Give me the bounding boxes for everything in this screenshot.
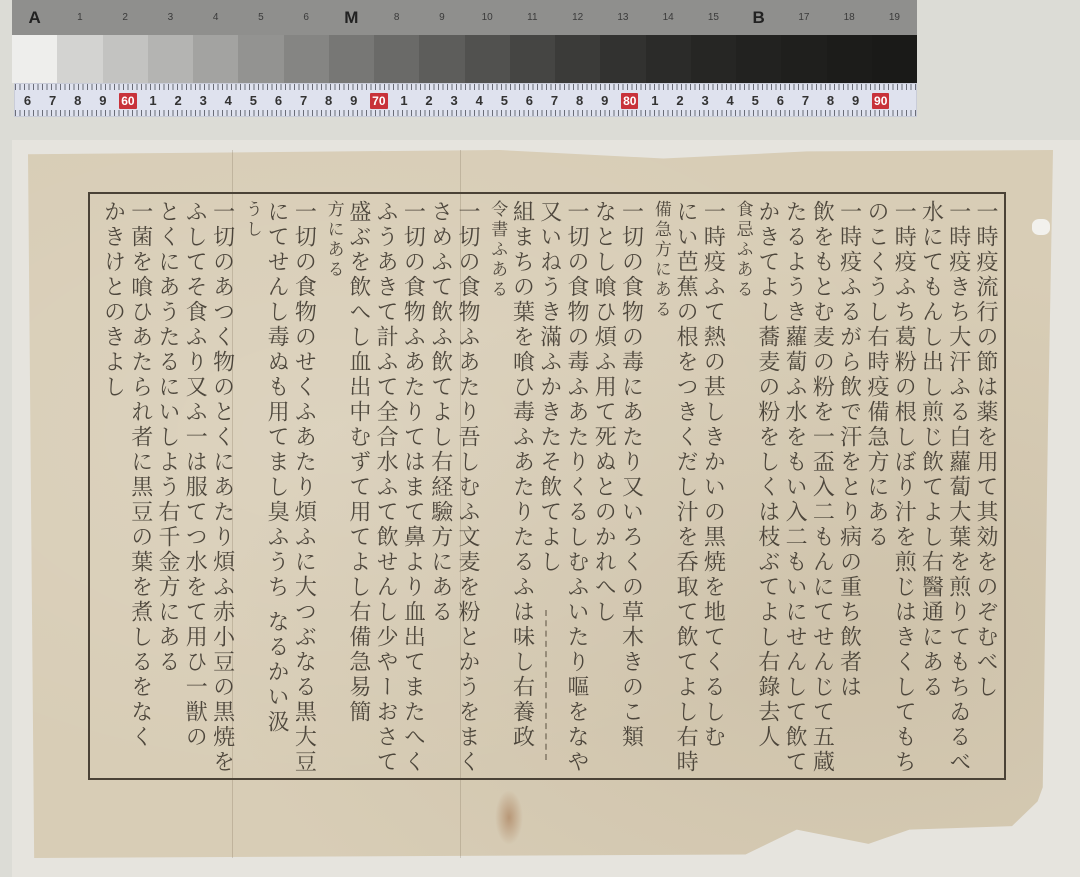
text-column: 飲をもとむ麦の粉を一盃入二もんにてせんじて五蔵 [809, 200, 836, 772]
gray-patch [103, 35, 148, 83]
ruler-mark: 1 [391, 93, 416, 108]
ruler-mark: 2 [166, 93, 191, 108]
gray-patch [827, 35, 872, 83]
ruler-mark: 9 [341, 93, 366, 108]
ruler-decade-mark: 60 [115, 93, 140, 108]
patch-label: 6 [284, 0, 329, 35]
ruler-mark: 2 [667, 93, 692, 108]
patch-label: 12 [555, 0, 600, 35]
text-column: 一時疫ふて熱の甚しきかいの黒焼を地てくるしむ [700, 200, 727, 772]
text-column: 食忌ふある [727, 200, 754, 772]
gray-patch [57, 35, 102, 83]
text-column: 盛ぶを飲へし血出中むずて用てよし右備急易簡 [346, 200, 373, 772]
patch-label: 9 [419, 0, 464, 35]
text-column: 一時疫ふるがら飲で汗をとり病の重ち飲者は [836, 200, 863, 772]
ruler-mark: 7 [40, 93, 65, 108]
patch-label: 11 [510, 0, 555, 35]
text-column: かきけとのきよし [100, 200, 127, 772]
text-column: 一切の食物ふあたり吾しむふ文麦を粉とかうをまくいりて [455, 200, 482, 772]
patch-label: 13 [600, 0, 645, 35]
patch-label: 2 [103, 0, 148, 35]
text-column: 方にある [318, 200, 345, 772]
gray-patch [781, 35, 826, 83]
text-column: のこくうし右時疫備急方にある [864, 200, 891, 772]
patch-label: 10 [465, 0, 510, 35]
patch-label: 18 [827, 0, 872, 35]
text-column: うし [237, 200, 264, 772]
ruler-mark: 5 [241, 93, 266, 108]
ruler-mark: 1 [642, 93, 667, 108]
gray-patch [148, 35, 193, 83]
patch-label: 1 [57, 0, 102, 35]
gray-patch [12, 35, 57, 83]
ruler-mark: 3 [442, 93, 467, 108]
gray-patch [555, 35, 600, 83]
ruler-mark: 4 [467, 93, 492, 108]
ruler-mark: 4 [718, 93, 743, 108]
text-column: 一時疫ふち葛粉の根しぼり汁を煎じはきくしてもちゐ動く [891, 200, 918, 772]
ruler-mark: 8 [316, 93, 341, 108]
text-column: 水にてもんし出し煎じ飲てよし右醫通にある [918, 200, 945, 772]
ruler-mark: 5 [492, 93, 517, 108]
text-column: かきてよし蕎麦の粉をしくは枝ぶてよし右錄去人 [755, 200, 782, 772]
text-column: 令書ふある [482, 200, 509, 772]
text-column: さめふて飲ふ飲てよし右経驗方にある [427, 200, 454, 772]
color-calibration-target: A123456M89101112131415B171819 6789601234… [12, 0, 917, 118]
text-column: 備急方にある [646, 200, 673, 772]
gray-patch [329, 35, 374, 83]
text-column: ふうあきて計ふて全合水ふて飲せんし少やーおさて [373, 200, 400, 772]
gray-patch [374, 35, 419, 83]
text-column: 一切の食物の毒ふあたりくるしむふいたり嘔をなやん [564, 200, 591, 772]
text-column: なとし喰ひ煩ふ用て死ぬとのかれへし [591, 200, 618, 772]
ruler-mark: 6 [15, 93, 40, 108]
ruler-mark: 7 [542, 93, 567, 108]
text-column: 又いねうき滿ふかきたそ飲てよし [536, 200, 563, 772]
ruler-mark: 8 [567, 93, 592, 108]
text-column: ふしてそ食ふり又ふ一は服てつ水をて用ひ一獣の [182, 200, 209, 772]
measuring-ruler: 678960123456789701234567898012345678990 [14, 83, 917, 117]
patch-label: 8 [374, 0, 419, 35]
text-column: とくにあうたるにいしよう右千金方にある [155, 200, 182, 772]
gray-patch [419, 35, 464, 83]
vertical-text-body: 一時疫流行の節は薬を用て其効をのぞむべし一時疫きち大汗ふる白蘿蔔大葉を煎りてもち… [100, 200, 1000, 772]
text-column: 一切のあつく物のとくにあたり煩ふ赤小豆の黒焼を粉 [209, 200, 236, 772]
ruler-decade-mark: 80 [617, 93, 642, 108]
ruler-mark: 6 [517, 93, 542, 108]
stain-mark [495, 790, 523, 845]
ruler-mark: 9 [592, 93, 617, 108]
gray-patch [465, 35, 510, 83]
dashed-divider [545, 610, 548, 760]
grayscale-patches [12, 35, 917, 83]
text-column: 一菌を喰ひあたられ者に黒豆の葉を煮しるをなく [128, 200, 155, 772]
patch-label: M [329, 0, 374, 35]
gray-patch [238, 35, 283, 83]
patch-label-row: A123456M89101112131415B171819 [12, 0, 917, 35]
gray-patch [736, 35, 781, 83]
gray-patch [284, 35, 329, 83]
text-column: たるようき蘿蔔ふ水をもい入二もいにせんして飲て汗を [782, 200, 809, 772]
text-column: 一切の食物の毒にあたり又いろくの草木きのこ類 [618, 200, 645, 772]
ruler-decade-mark: 70 [366, 93, 391, 108]
ruler-mark: 8 [65, 93, 90, 108]
ruler-mark: 3 [191, 93, 216, 108]
ruler-mark: 4 [216, 93, 241, 108]
paper-hole [1032, 219, 1050, 235]
text-column: にい芭蕉の根をつきくだし汁を呑取て飲てよし右時疫 [673, 200, 700, 772]
ruler-mark: 6 [266, 93, 291, 108]
ruler-mark: 9 [843, 93, 868, 108]
gray-patch [872, 35, 917, 83]
gray-patch [193, 35, 238, 83]
ruler-mark: 6 [768, 93, 793, 108]
ruler-mark: 7 [291, 93, 316, 108]
gray-patch [600, 35, 645, 83]
text-column: 一時疫きち大汗ふる白蘿蔔大葉を煎りてもちゐるべし [945, 200, 972, 772]
patch-label: A [12, 0, 57, 35]
ruler-mark: 3 [693, 93, 718, 108]
patch-label: 15 [691, 0, 736, 35]
text-column: 一切の食物のせくふあたり煩ふに大つぶなる黒大豆を [291, 200, 318, 772]
patch-label: 19 [872, 0, 917, 35]
ruler-mark: 5 [743, 93, 768, 108]
ruler-mark: 9 [90, 93, 115, 108]
text-column: にてせんし毒ぬも用てまし臭ふうち なるかい汲 [264, 200, 291, 772]
ruler-mark: 1 [140, 93, 165, 108]
text-column: 組まちの葉を喰ひ毒ふあたりたるふは味し右養政 [509, 200, 536, 772]
text-column: 一時疫流行の節は薬を用て其効をのぞむべし [973, 200, 1000, 772]
patch-label: 3 [148, 0, 193, 35]
ruler-mark: 7 [793, 93, 818, 108]
gray-patch [646, 35, 691, 83]
patch-label: 4 [193, 0, 238, 35]
ruler-mark: 8 [818, 93, 843, 108]
patch-label: 14 [646, 0, 691, 35]
patch-label: 17 [781, 0, 826, 35]
text-column: 一切の食物ふあたりてはまて鼻より血出てまたへくるしむ [400, 200, 427, 772]
ruler-mark: 2 [417, 93, 442, 108]
ruler-decade-mark: 90 [868, 93, 893, 108]
patch-label: 5 [238, 0, 283, 35]
patch-label: B [736, 0, 781, 35]
gray-patch [691, 35, 736, 83]
gray-patch [510, 35, 555, 83]
